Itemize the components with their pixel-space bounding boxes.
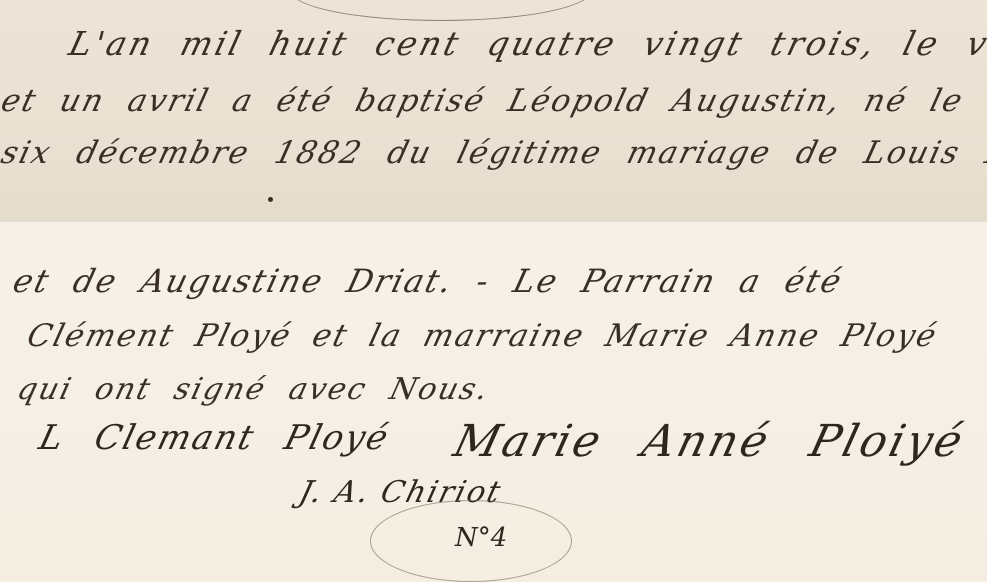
record-line-5: Clément Ployé et la marraine Marie Anne … — [24, 318, 942, 354]
record-line-3: six décembre 1882 du légitime mariage de… — [0, 135, 987, 171]
signature-godmother: Marie Anné Ploiyé — [449, 416, 971, 467]
entry-number-flourish — [290, 0, 592, 21]
record-line-4: et de Augustine Driat. - Le Parrain a ét… — [9, 262, 847, 300]
ink-dot — [268, 197, 273, 202]
signature-godfather: L Clemant Ployé — [35, 418, 394, 458]
record-line-1: L'an mil huit cent quatre vingt trois, l… — [65, 24, 987, 63]
entry-number-mark: N°4 — [455, 523, 507, 553]
record-line-6: qui ont signé avec Nous. — [14, 372, 494, 407]
record-line-2: et un avril a été baptisé Léopold August… — [0, 83, 987, 119]
scan-top-section: L'an mil huit cent quatre vingt trois, l… — [0, 0, 987, 222]
